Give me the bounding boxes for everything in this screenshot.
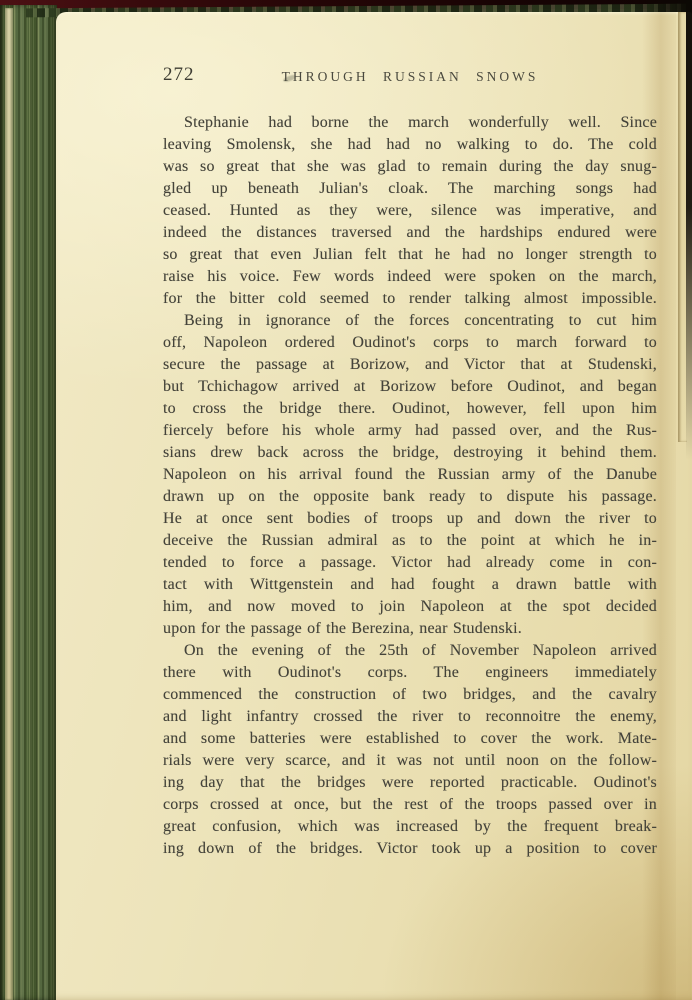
- background-gap-right: [686, 0, 692, 460]
- book-page: 272 THROUGH RUSSIAN SNOWS Stephanie had …: [56, 12, 692, 1000]
- text-line: sians drew back across the bridge, destr…: [163, 442, 657, 464]
- text-line: great confusion, which was increased by …: [163, 816, 657, 838]
- paragraph: Being in ignorance of the forces concent…: [163, 310, 657, 640]
- text-line: off, Napoleon ordered Oudinot's corps to…: [163, 332, 657, 354]
- page-header: 272 THROUGH RUSSIAN SNOWS: [163, 64, 657, 90]
- text-line: and some batteries were established to c…: [163, 728, 657, 750]
- text-line: leaving Smolensk, she had had no walking…: [163, 134, 657, 156]
- text-line: tact with Wittgenstein and had fought a …: [163, 574, 657, 596]
- text-line: commenced the construction of two bridge…: [163, 684, 657, 706]
- text-line: On the evening of the 25th of November N…: [163, 640, 657, 662]
- text-line: He at once sent bodies of troops up and …: [163, 508, 657, 530]
- text-line: corps crossed at once, but the rest of t…: [163, 794, 657, 816]
- text-line: rials were very scarce, and it was not u…: [163, 750, 657, 772]
- text-line: ing day that the bridges were reported p…: [163, 772, 657, 794]
- text-line: tended to force a passage. Victor had al…: [163, 552, 657, 574]
- text-line: so great that even Julian felt that he h…: [163, 244, 657, 266]
- text-line: for the bitter cold seemed to render tal…: [163, 288, 657, 310]
- text-line: fiercely before his whole army had passe…: [163, 420, 657, 442]
- text-line: drawn up on the opposite bank ready to d…: [163, 486, 657, 508]
- paragraph: Stephanie had borne the march wonderfull…: [163, 112, 657, 310]
- background-gap-top-right: [632, 0, 692, 12]
- page-text: Stephanie had borne the march wonderfull…: [163, 112, 657, 860]
- paragraph: On the evening of the 25th of November N…: [163, 640, 657, 860]
- text-line: raise his voice. Few words indeed were s…: [163, 266, 657, 288]
- text-line: Napoleon on his arrival found the Russia…: [163, 464, 657, 486]
- text-line: gled up beneath Julian's cloak. The marc…: [163, 178, 657, 200]
- text-line: him, and now moved to join Napoleon at t…: [163, 596, 657, 618]
- text-line: Stephanie had borne the march wonderfull…: [163, 112, 657, 134]
- text-line: indeed the distances traversed and the h…: [163, 222, 657, 244]
- text-line: deceive the Russian admiral as to the po…: [163, 530, 657, 552]
- text-line: to cross the bridge there. Oudinot, howe…: [163, 398, 657, 420]
- book-photo: 272 THROUGH RUSSIAN SNOWS Stephanie had …: [0, 0, 692, 1000]
- text-line: ceased. Hunted as they were, silence was…: [163, 200, 657, 222]
- text-line: there with Oudinot's corps. The engineer…: [163, 662, 657, 684]
- text-line: and light infantry crossed the river to …: [163, 706, 657, 728]
- page-edges-left-cream-streak: [5, 8, 13, 1000]
- text-line: Being in ignorance of the forces concent…: [163, 310, 657, 332]
- running-title: THROUGH RUSSIAN SNOWS: [163, 69, 657, 85]
- text-line: secure the passage at Borizow, and Victo…: [163, 354, 657, 376]
- text-line: ing down of the bridges. Victor took up …: [163, 838, 657, 860]
- text-line: but Tchichagow arrived at Borizow before…: [163, 376, 657, 398]
- text-line: upon for the passage of the Berezina, ne…: [163, 618, 657, 640]
- text-line: was so great that she was glad to remain…: [163, 156, 657, 178]
